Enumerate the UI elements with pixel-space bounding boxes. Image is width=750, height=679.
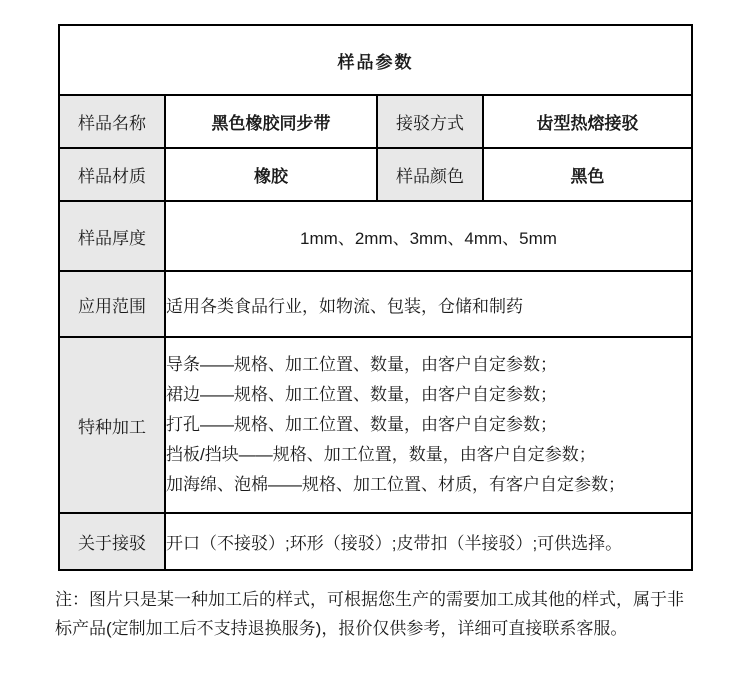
value-joining-method: 齿型热熔接驳 [483, 95, 692, 148]
table-title-row: 样品参数 [59, 25, 692, 95]
label-joining-method: 接驳方式 [377, 95, 483, 148]
special-processing-line-punching: 打孔——规格、加工位置、数量，由客户自定参数； [166, 410, 691, 440]
label-about-joining: 关于接驳 [59, 513, 165, 570]
table-row-about-joining: 关于接驳 开口（不接驳）;环形（接驳）;皮带扣（半接驳）;可供选择。 [59, 513, 692, 570]
label-sample-thickness: 样品厚度 [59, 201, 165, 271]
table-row-thickness: 样品厚度 1mm、2mm、3mm、4mm、5mm [59, 201, 692, 271]
label-sample-material: 样品材质 [59, 148, 165, 201]
product-spec-page: 样品参数 样品名称 黑色橡胶同步带 接驳方式 齿型热熔接驳 样品材质 橡胶 样品… [0, 0, 750, 679]
special-processing-line-skirt: 裙边——规格、加工位置、数量，由客户自定参数； [166, 380, 691, 410]
value-application-scope: 适用各类食品行业，如物流、包装，仓储和制药 [165, 271, 692, 337]
label-sample-color: 样品颜色 [377, 148, 483, 201]
value-sample-material: 橡胶 [165, 148, 377, 201]
label-sample-name: 样品名称 [59, 95, 165, 148]
table-row-special-processing: 特种加工 导条——规格、加工位置、数量，由客户自定参数； 裙边——规格、加工位置… [59, 337, 692, 513]
value-special-processing: 导条——规格、加工位置、数量，由客户自定参数； 裙边——规格、加工位置、数量，由… [165, 337, 692, 513]
special-processing-line-baffle: 挡板/挡块——规格、加工位置，数量，由客户自定参数； [166, 440, 691, 470]
label-special-processing: 特种加工 [59, 337, 165, 513]
table-row-material-color: 样品材质 橡胶 样品颜色 黑色 [59, 148, 692, 201]
special-processing-line-sponge-foam: 加海绵、泡棉——规格、加工位置、材质，有客户自定参数； [166, 470, 691, 500]
footnote: 注：图片只是某一种加工后的样式，可根据您生产的需要加工成其他的样式，属于非标产品… [55, 585, 700, 643]
special-processing-line-guide-strip: 导条——规格、加工位置、数量，由客户自定参数； [166, 350, 691, 380]
label-application-scope: 应用范围 [59, 271, 165, 337]
value-sample-name: 黑色橡胶同步带 [165, 95, 377, 148]
value-sample-thickness: 1mm、2mm、3mm、4mm、5mm [165, 201, 692, 271]
value-sample-color: 黑色 [483, 148, 692, 201]
value-about-joining: 开口（不接驳）;环形（接驳）;皮带扣（半接驳）;可供选择。 [165, 513, 692, 570]
table-row-name-join: 样品名称 黑色橡胶同步带 接驳方式 齿型热熔接驳 [59, 95, 692, 148]
table-row-application: 应用范围 适用各类食品行业，如物流、包装，仓储和制药 [59, 271, 692, 337]
table-title: 样品参数 [59, 25, 692, 95]
sample-parameters-table: 样品参数 样品名称 黑色橡胶同步带 接驳方式 齿型热熔接驳 样品材质 橡胶 样品… [58, 24, 693, 571]
